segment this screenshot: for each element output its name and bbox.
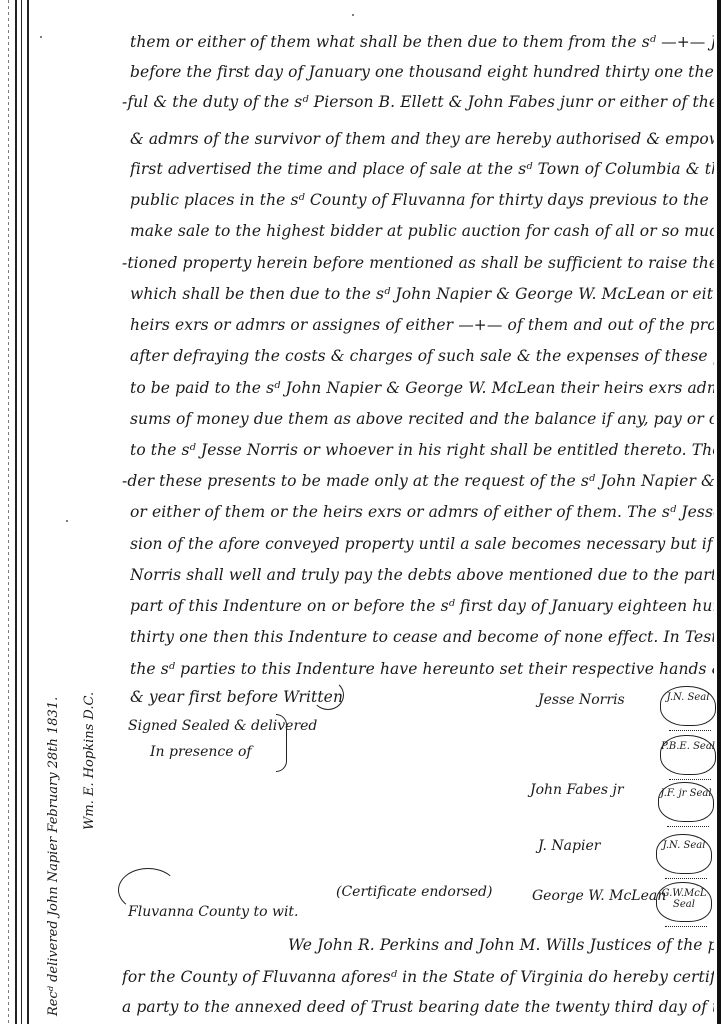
seal-3: J.F. jr Seal [658,782,714,822]
body-line: sion of the afore conveyed property unti… [130,535,714,553]
body-line: first advertised the time and place of s… [130,160,714,178]
signature-jesse-norris: Jesse Norris [538,692,625,708]
body-line: -der these presents to be made only at t… [122,472,714,490]
margin-note-clerk: Wm. E. Hopkins D.C. [82,692,97,830]
body-line: or either of them or the heirs exrs or a… [130,503,714,521]
signature-george-mclean: George W. McLean [532,888,666,904]
body-line: & admrs of the survivor of them and they… [130,130,714,148]
body-line: the sᵈ parties to this Indenture have he… [130,660,714,678]
attestation-in-presence: In presence of [150,744,252,760]
body-line: before the first day of January one thou… [130,63,714,81]
certificate-line: a party to the annexed deed of Trust bea… [122,998,714,1016]
signature-j-napier: J. Napier [538,838,600,854]
body-line: them or either of them what shall be the… [130,33,714,51]
body-line: & year first before Written [130,688,343,706]
body-line: which shall be then due to the sᵈ John N… [130,285,714,303]
binding-border-left [6,0,32,1024]
seal-4: J.N. Seal [656,834,712,874]
ink-speck [352,14,354,16]
certificate-line: We John R. Perkins and John M. Wills Jus… [288,936,714,954]
certificate-line: for the County of Fluvanna aforesᵈ in th… [122,968,714,986]
body-line: to be paid to the sᵈ John Napier & Georg… [130,379,714,397]
body-line: sums of money due them as above recited … [130,410,714,428]
certificate-caption: (Certificate endorsed) [336,884,492,900]
margin-note-recorded: Recᵈ delivered John Napier February 28th… [46,697,61,1016]
body-line: public places in the sᵈ County of Fluvan… [130,191,714,209]
ink-speck [40,36,42,38]
manuscript-page: them or either of them what shall be the… [0,0,724,1024]
flourish [312,680,344,710]
attestation-signed-sealed: Signed Sealed & delivered [128,718,317,734]
body-line: to the sᵈ Jesse Norris or whoever in his… [130,441,714,459]
body-line: part of this Indenture on or before the … [130,597,714,615]
body-line: heirs exrs or admrs or assignes of eithe… [130,316,714,334]
ink-speck [66,520,68,522]
body-line: Norris shall well and truly pay the debt… [130,566,714,584]
bracket [276,714,287,772]
body-line: -ful & the duty of the sᵈ Pierson B. Ell… [122,93,714,111]
signature-john-fabes: John Fabes jr [530,782,624,798]
body-line: thirty one then this Indenture to cease … [130,628,714,646]
body-line: -tioned property herein before mentioned… [122,254,714,272]
body-line: make sale to the highest bidder at publi… [130,222,714,240]
county-heading: Fluvanna County to wit. [128,904,299,920]
seal-5: G.W.McL Seal [656,882,712,922]
seal-2: P.B.E. Seal [660,735,716,775]
page-edge-right [717,0,721,1024]
seal-1: J.N. Seal [660,686,716,726]
body-line: after defraying the costs & charges of s… [130,347,714,365]
